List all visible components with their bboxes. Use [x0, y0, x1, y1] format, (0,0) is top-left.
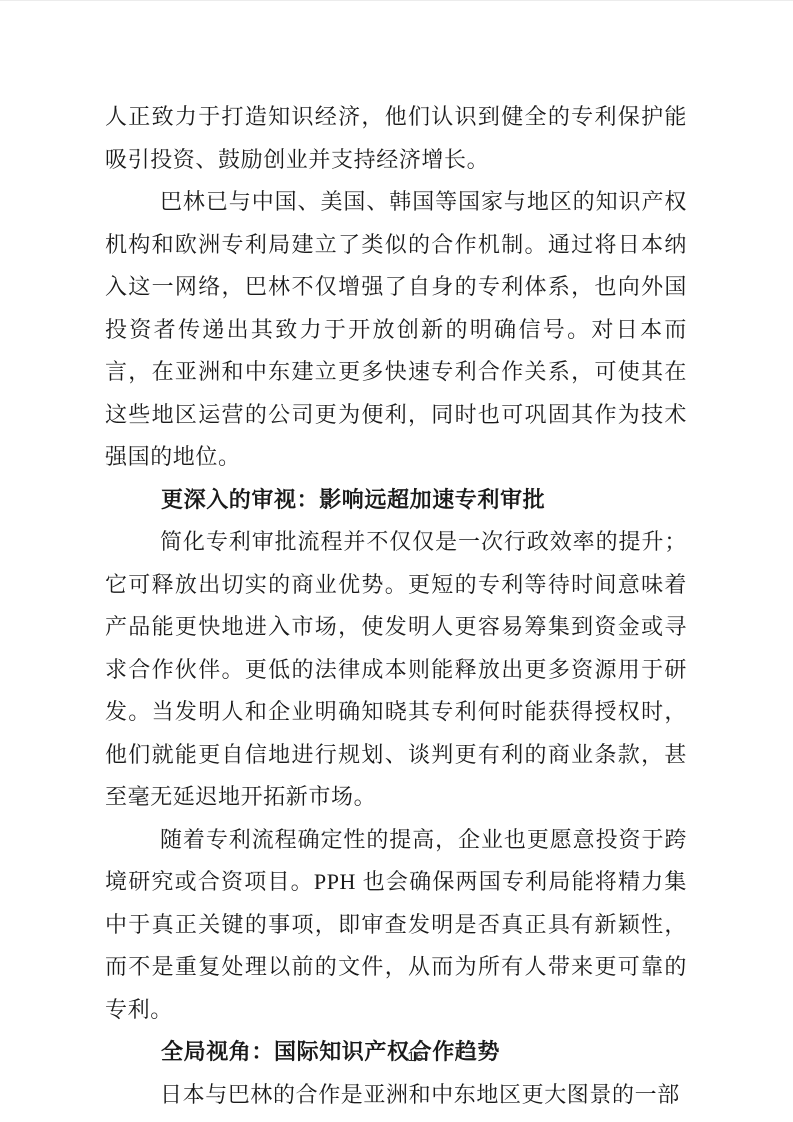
page-number: 16	[407, 1048, 424, 1064]
paragraph-continuation: 人正致力于打造知识经济，他们认识到健全的专利保护能吸引投资、鼓励创业并支持经济增…	[105, 96, 687, 181]
paragraph: 日本与巴林的合作是亚洲和中东地区更大图景的一部	[105, 1074, 687, 1117]
document-page: 人正致力于打造知识经济，他们认识到健全的专利保护能吸引投资、鼓励创业并支持经济增…	[0, 0, 793, 1122]
paragraph: 简化专利审批流程并不仅仅是一次行政效率的提升；它可释放出切实的商业优势。更短的专…	[105, 521, 687, 819]
paragraph: 随着专利流程确定性的提高，企业也更愿意投资于跨境研究或合资项目。PPH 也会确保…	[105, 819, 687, 1032]
page-body-text: 人正致力于打造知识经济，他们认识到健全的专利保护能吸引投资、鼓励创业并支持经济增…	[105, 96, 687, 1116]
section-heading-deeper-look: 更深入的审视：影响远超加速专利审批	[105, 479, 687, 522]
paragraph: 巴林已与中国、美国、韩国等国家与地区的知识产权机构和欧洲专利局建立了类似的合作机…	[105, 181, 687, 479]
page-footer: 16	[0, 1048, 793, 1066]
